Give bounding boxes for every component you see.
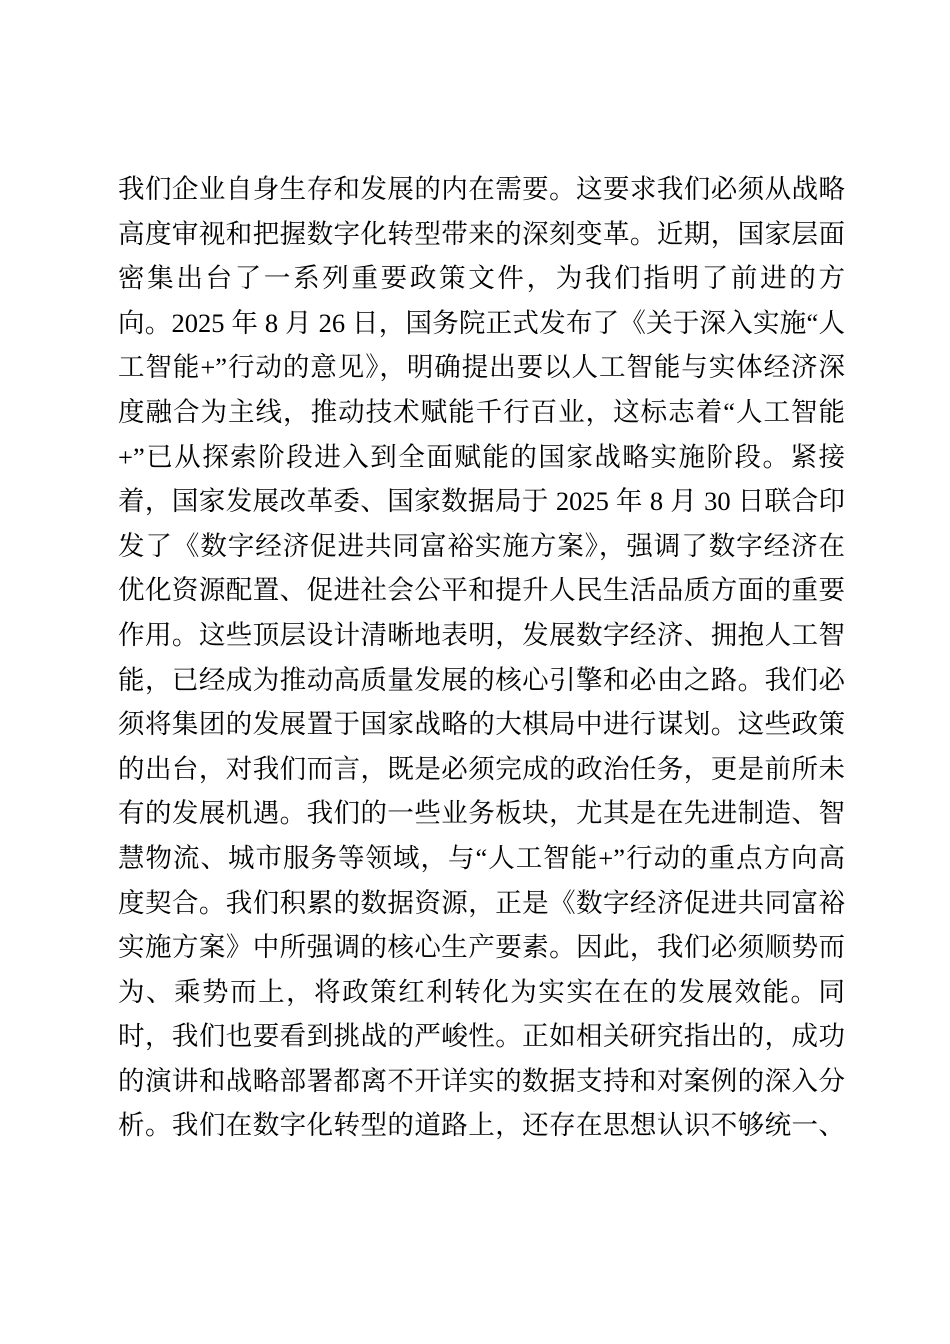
text-line: 我们企业自身生存和发展的内在需要。这要求我们必须从战略 [118,167,845,212]
text-line: 的出台，对我们而言，既是必须完成的政治任务，更是前所未 [118,747,845,792]
text-line: 作用。这些顶层设计清晰地表明，发展数字经济、拥抱人工智 [118,613,845,658]
text-line: 着，国家发展改革委、国家数据局于 2025 年 8 月 30 日联合印 [118,479,845,524]
text-line: 须将集团的发展置于国家战略的大棋局中进行谋划。这些政策 [118,702,845,747]
text-line: 能，已经成为推动高质量发展的核心引擎和必由之路。我们必 [118,658,845,703]
text-line: +”已从探索阶段进入到全面赋能的国家战略实施阶段。紧接 [118,435,845,480]
document-page: 我们企业自身生存和发展的内在需要。这要求我们必须从战略 高度审视和把握数字化转型… [0,0,950,1344]
text-line: 时，我们也要看到挑战的严峻性。正如相关研究指出的，成功 [118,1014,845,1059]
text-line: 实施方案》中所强调的核心生产要素。因此，我们必须顺势而 [118,925,845,970]
paragraph-text-block: 我们企业自身生存和发展的内在需要。这要求我们必须从战略 高度审视和把握数字化转型… [118,167,845,1148]
text-line: 度契合。我们积累的数据资源，正是《数字经济促进共同富裕 [118,881,845,926]
text-line: 有的发展机遇。我们的一些业务板块，尤其是在先进制造、智 [118,791,845,836]
text-line: 密集出台了一系列重要政策文件，为我们指明了前进的方 [118,256,845,301]
text-line: 发了《数字经济促进共同富裕实施方案》，强调了数字经济在 [118,524,845,569]
text-line: 优化资源配置、促进社会公平和提升人民生活品质方面的重要 [118,568,845,613]
text-line: 工智能+”行动的意见》，明确提出要以人工智能与实体经济深 [118,345,845,390]
text-line: 析。我们在数字化转型的道路上，还存在思想认识不够统一、 [118,1103,845,1148]
text-line: 的演讲和战略部署都离不开详实的数据支持和对案例的深入分 [118,1059,845,1104]
text-line: 度融合为主线，推动技术赋能千行百业，这标志着“人工智能 [118,390,845,435]
text-line: 向。2025 年 8 月 26 日，国务院正式发布了《关于深入实施“人 [118,301,845,346]
text-line: 为、乘势而上，将政策红利转化为实实在在的发展效能。同 [118,970,845,1015]
text-line: 高度审视和把握数字化转型带来的深刻变革。近期，国家层面 [118,212,845,257]
text-line: 慧物流、城市服务等领域，与“人工智能+”行动的重点方向高 [118,836,845,881]
